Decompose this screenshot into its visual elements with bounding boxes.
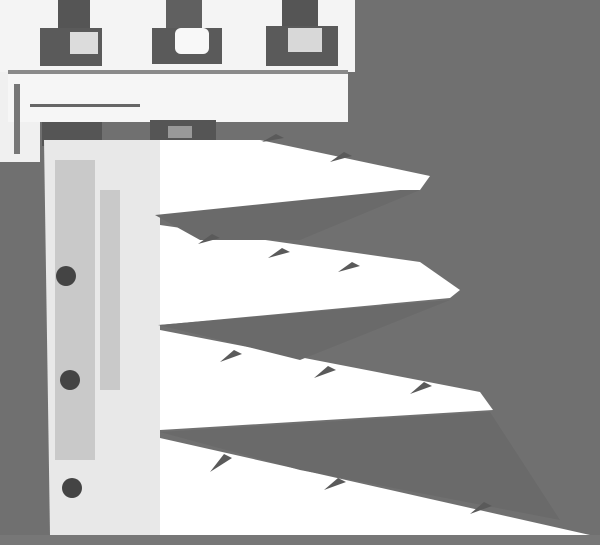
mounting-bar: [8, 70, 348, 122]
rivet-icon: [56, 266, 76, 286]
rivet-icon: [62, 478, 82, 498]
photo-canvas: [0, 0, 600, 545]
rivet-icon: [60, 370, 80, 390]
photo: [0, 0, 600, 545]
